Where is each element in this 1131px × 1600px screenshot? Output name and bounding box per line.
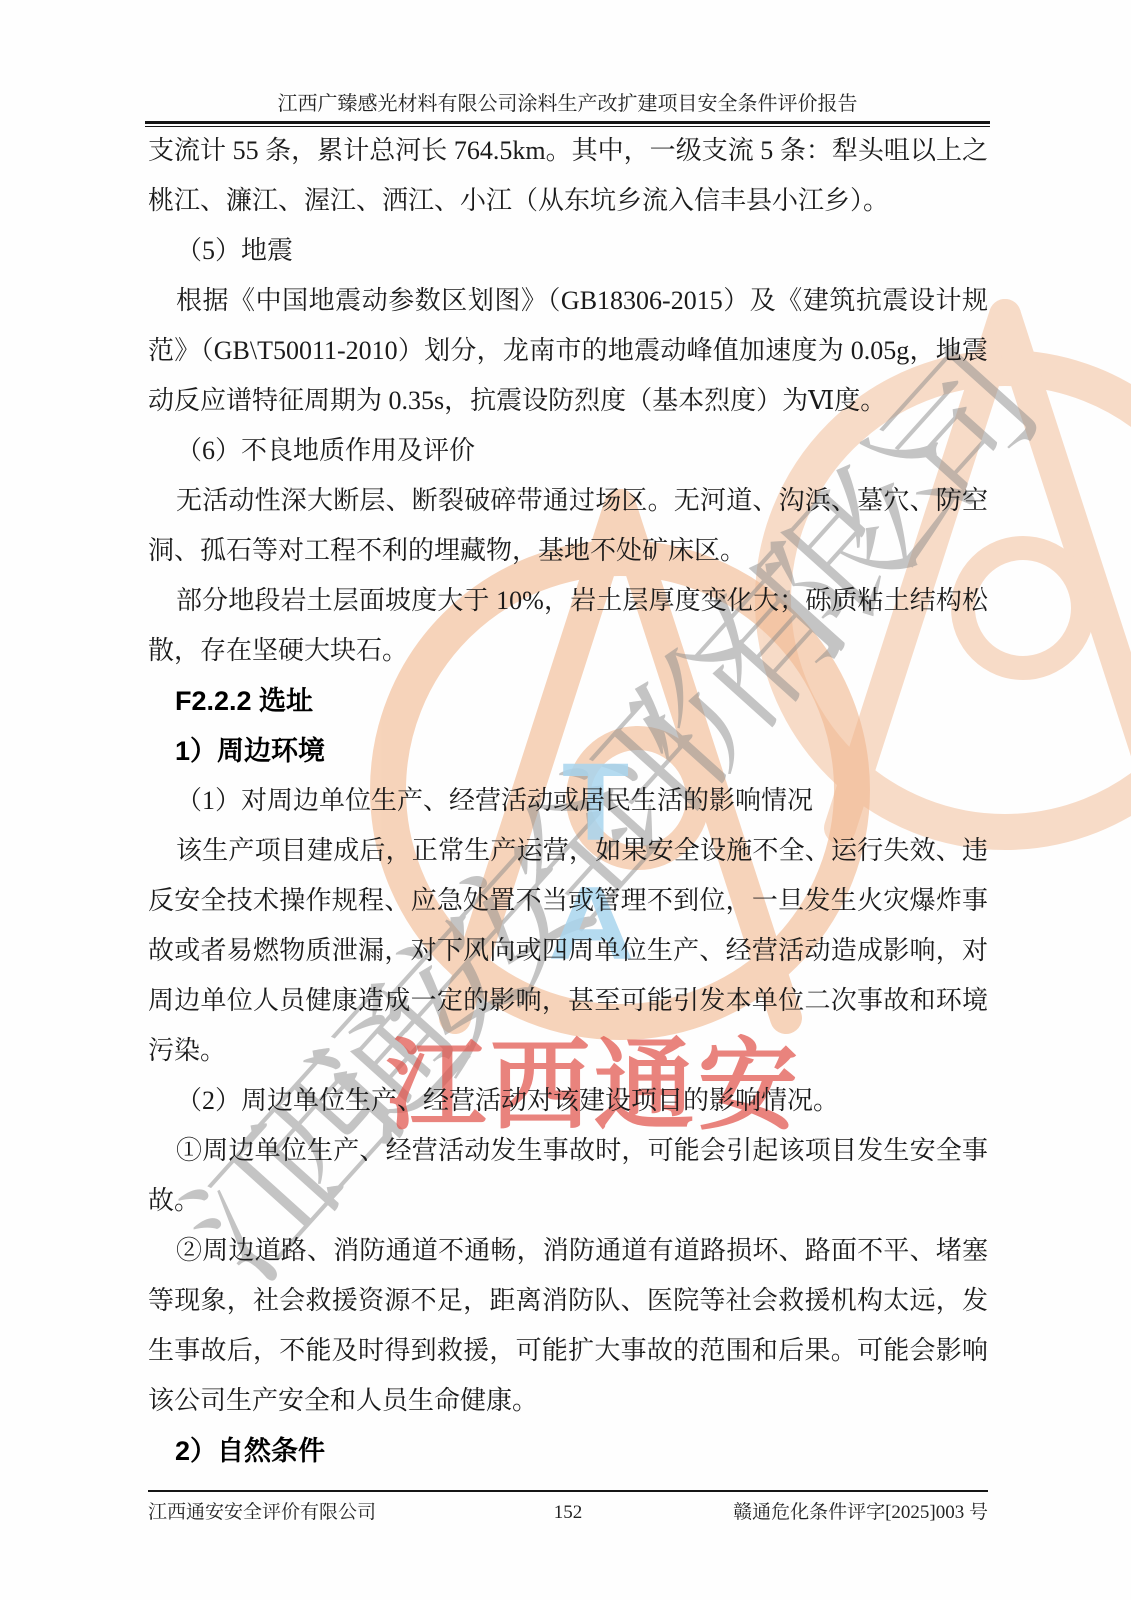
paragraph: 1）周边环境 <box>148 726 988 776</box>
paragraph: （2）周边单位生产、经营活动对该建设项目的影响情况。 <box>148 1076 988 1126</box>
document-page: 江西通安安全评价有限公司 T A 江西通安 江西广臻感光材料有限公司涂料生产改扩… <box>0 0 1131 1600</box>
paragraph: ②周边道路、消防通道不通畅，消防通道有道路损坏、路面不平、堵塞等现象，社会救援资… <box>148 1226 988 1426</box>
report-title: 江西广臻感光材料有限公司涂料生产改扩建项目安全条件评价报告 <box>145 90 990 118</box>
page-footer: 江西通安安全评价有限公司 152 赣通危化条件评字[2025]003 号 <box>148 1490 988 1524</box>
document-body: 支流计 55 条，累计总河长 764.5km。其中，一级支流 5 条：犁头咀以上… <box>148 126 988 1476</box>
paragraph: 根据《中国地震动参数区划图》（GB18306-2015）及《建筑抗震设计规范》（… <box>148 276 988 426</box>
page-header: 江西广臻感光材料有限公司涂料生产改扩建项目安全条件评价报告 <box>145 90 990 127</box>
paragraph: ①周边单位生产、经营活动发生事故时，可能会引起该项目发生安全事故。 <box>148 1126 988 1226</box>
paragraph: 无活动性深大断层、断裂破碎带通过场区。无河道、沟浜、墓穴、防空洞、孤石等对工程不… <box>148 476 988 576</box>
paragraph: 支流计 55 条，累计总河长 764.5km。其中，一级支流 5 条：犁头咀以上… <box>148 126 988 226</box>
page-number: 152 <box>554 1502 583 1524</box>
paragraph: F2.2.2 选址 <box>148 676 988 726</box>
footer-company-name: 江西通安安全评价有限公司 <box>148 1497 554 1524</box>
paragraph: （6）不良地质作用及评价 <box>148 426 988 476</box>
paragraph: （5）地震 <box>148 226 988 276</box>
paragraph: 2）自然条件 <box>148 1426 988 1476</box>
paragraph: 该生产项目建成后，正常生产运营，如果安全设施不全、运行失效、违反安全技术操作规程… <box>148 826 988 1076</box>
paragraph: 部分地段岩土层面坡度大于 10%，岩土层厚度变化大；砾质粘土结构松散，存在坚硬大… <box>148 576 988 676</box>
footer-document-number: 赣通危化条件评字[2025]003 号 <box>582 1497 988 1524</box>
paragraph: （1）对周边单位生产、经营活动或居民生活的影响情况 <box>148 776 988 826</box>
